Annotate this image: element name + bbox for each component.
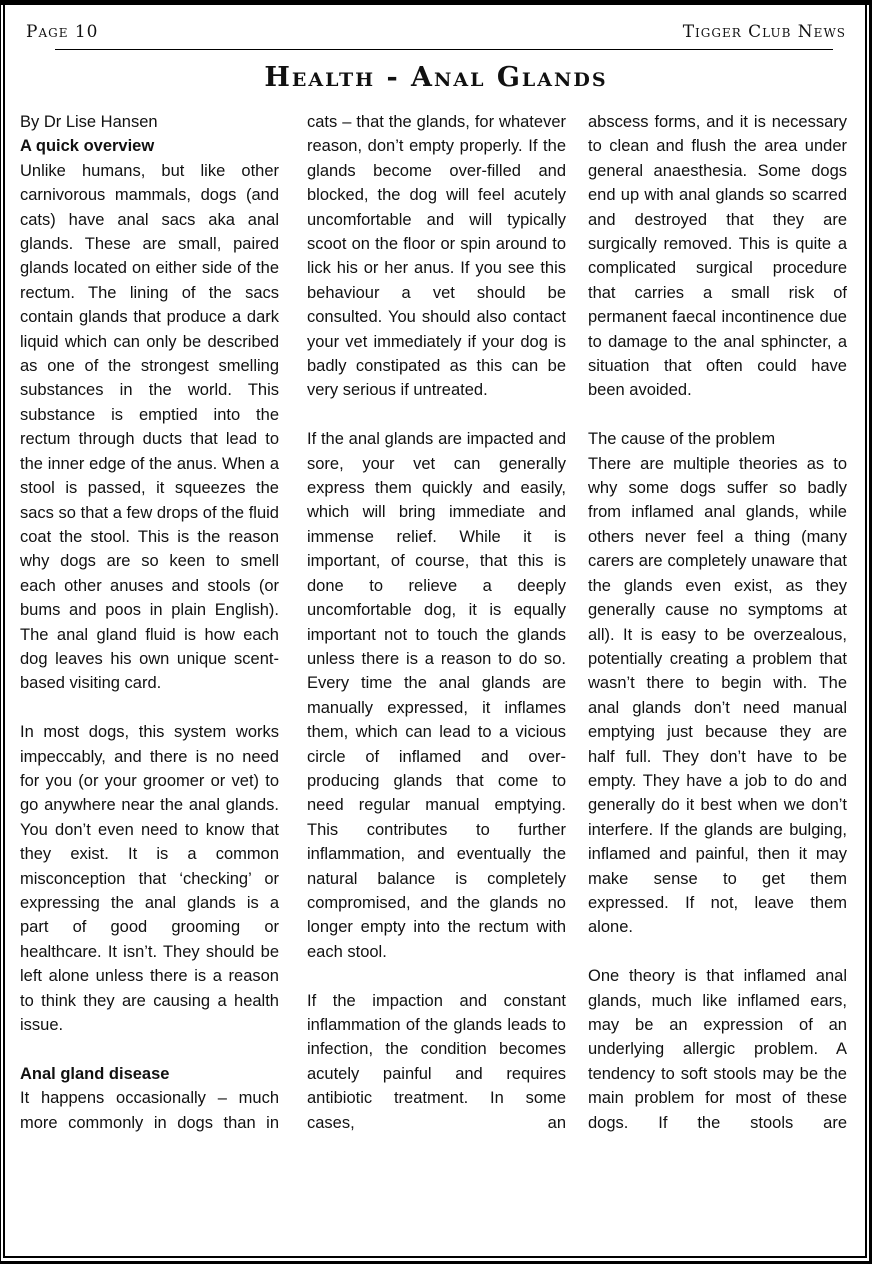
paragraph-gap xyxy=(307,964,566,988)
article-title: Health - Anal Glands xyxy=(0,62,872,93)
article-column-3: abscess forms, and it is necessary to cl… xyxy=(588,110,847,1135)
paragraph-overview-2: In most dogs, this system works impeccab… xyxy=(20,720,279,1037)
section-heading-overview: A quick overview xyxy=(20,134,279,158)
paragraph-disease-1-start: It happens occasionally – much more comm… xyxy=(20,1086,279,1135)
paragraph-disease-3-start: If the impaction and constant inflammati… xyxy=(307,989,566,1135)
paragraph-disease-1-cont: cats – that the glands, for whatever rea… xyxy=(307,110,566,403)
section-heading-cause: The cause of the problem xyxy=(588,427,847,451)
paragraph-cause-2: One theory is that inflamed anal glands,… xyxy=(588,964,847,1135)
paragraph-gap xyxy=(20,1037,279,1061)
page-number: Page 10 xyxy=(26,22,99,42)
paragraph-gap xyxy=(20,696,279,720)
running-header: Page 10 Tigger Club News xyxy=(26,22,846,46)
paragraph-gap xyxy=(588,403,847,427)
header-divider xyxy=(55,49,833,50)
byline: By Dr Lise Hansen xyxy=(20,110,279,134)
paragraph-overview-1: Unlike humans, but like other carnivorou… xyxy=(20,159,279,696)
article-column-1: By Dr Lise Hansen A quick overview Unlik… xyxy=(20,110,279,1135)
section-heading-disease: Anal gland disease xyxy=(20,1062,279,1086)
paragraph-cause-1: There are multiple theories as to why so… xyxy=(588,452,847,940)
paragraph-disease-2: If the anal glands are impacted and sore… xyxy=(307,427,566,964)
article-column-2: cats – that the glands, for whatever rea… xyxy=(307,110,566,1135)
publication-name: Tigger Club News xyxy=(683,22,846,42)
paragraph-gap xyxy=(588,940,847,964)
paragraph-gap xyxy=(307,403,566,427)
paragraph-disease-3-cont: abscess forms, and it is necessary to cl… xyxy=(588,110,847,403)
